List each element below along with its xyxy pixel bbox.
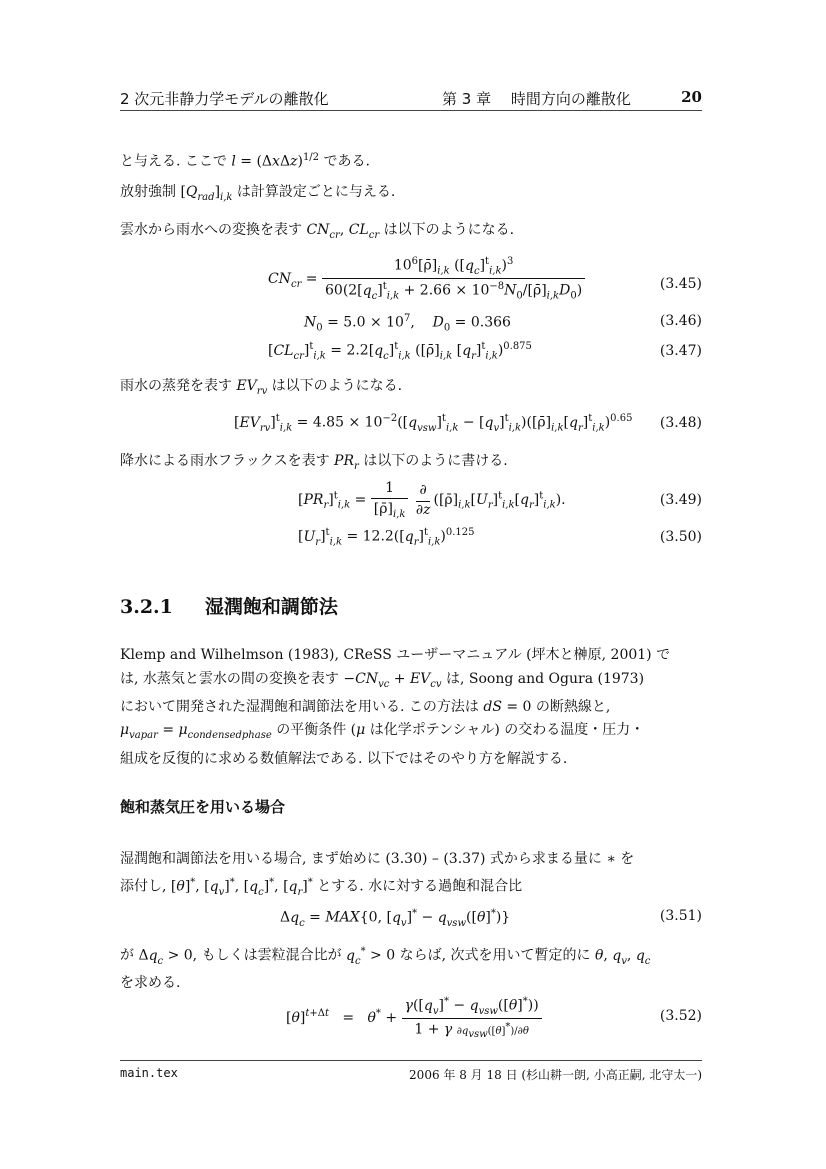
header-rule bbox=[120, 110, 702, 111]
footer-date-authors: 2006 年 8 月 18 日 (杉山耕一朗, 小高正嗣, 北守太一) bbox=[409, 1066, 702, 1083]
paragraph-7: 湿潤飽和調節法を用いる場合, まず始めに (3.30) – (3.37) 式から… bbox=[120, 848, 702, 903]
footer-filename: main.tex bbox=[120, 1066, 178, 1080]
subsection-heading: 飽和蒸気圧を用いる場合 bbox=[120, 796, 285, 817]
text-line: において開発された湿潤飽和調節法を用いる. この方法は dS = 0 の断熱線と… bbox=[120, 696, 702, 720]
page-number: 20 bbox=[681, 88, 702, 106]
header-chapter: 第 3 章 時間方向の離散化 bbox=[442, 88, 631, 109]
text-line: 添付し, [θ]*, [qv]*, [qc]*, [qr]* とする. 水に対す… bbox=[120, 871, 702, 903]
paragraph-4: 雨水の蒸発を表す EVrv は以下のようになる. bbox=[120, 375, 702, 403]
equation-number: (3.45) bbox=[660, 276, 702, 292]
text-line: 湿潤飽和調節法を用いる場合, まず始めに (3.30) – (3.37) 式から… bbox=[120, 848, 702, 871]
equation-number: (3.49) bbox=[660, 492, 702, 508]
text-line: は, 水蒸気と雲水の間の変換を表す −CNvc + EVcv は, Soong … bbox=[120, 668, 702, 696]
equation-3-52: [θ]t+Δt = θ* + γ([qv]* − qvsw([θ]*))1 + … bbox=[286, 996, 542, 1040]
equation-number: (3.50) bbox=[660, 529, 702, 545]
equation-number: (3.52) bbox=[660, 1008, 702, 1024]
running-header: 2 次元非静力学モデルの離散化 第 3 章 時間方向の離散化 20 bbox=[120, 88, 702, 110]
equation-3-47: [CLcr]ti,k = 2.2[qc]ti,k ([ρ̄]i,k [qr]ti… bbox=[268, 341, 532, 361]
section-number: 3.2.1 bbox=[120, 596, 173, 618]
equation-number: (3.51) bbox=[660, 908, 702, 924]
text-line: μvapar = μcondensedphase の平衡条件 (μ は化学ポテン… bbox=[120, 719, 702, 747]
equation-3-45: CNcr = 106[ρ̄]i,k ([qc]ti,k)360(2[qc]ti,… bbox=[268, 256, 585, 302]
section-heading: 3.2.1湿潤飽和調節法 bbox=[120, 592, 338, 619]
footer-rule bbox=[120, 1060, 702, 1061]
text-line: が Δqc > 0, もしくは雲粒混合比が qc* > 0 ならば, 次式を用い… bbox=[120, 940, 702, 972]
equation-3-49: [PRr]ti,k = 1[ρ̄]i,k ∂∂z([ρ̄]i,k[Ur]ti,k… bbox=[298, 480, 566, 520]
equation-3-51: Δqc = MAX{0, [qv]* − qvsw([θ]*)} bbox=[280, 908, 510, 928]
equation-number: (3.48) bbox=[660, 415, 702, 431]
equation-number: (3.46) bbox=[660, 313, 702, 329]
text-line: を求める. bbox=[120, 972, 702, 995]
equation-3-46: N0 = 5.0 × 107, D0 = 0.366 bbox=[304, 313, 511, 333]
header-title: 2 次元非静力学モデルの離散化 bbox=[120, 88, 329, 109]
equation-3-50: [Ur]ti,k = 12.2([qr]ti,k)0.125 bbox=[298, 527, 475, 547]
text-line: 組成を反復的に求める数値解法である. 以下ではそのやり方を解説する. bbox=[120, 748, 702, 772]
paragraph-8: が Δqc > 0, もしくは雲粒混合比が qc* > 0 ならば, 次式を用い… bbox=[120, 940, 702, 995]
text-line: Klemp and Wilhelmson (1983), CReSS ユーザーマ… bbox=[120, 644, 702, 668]
paragraph-3: 雲水から雨水への変換を表す CNcr, CLcr は以下のようになる. bbox=[120, 219, 702, 247]
paragraph-6: Klemp and Wilhelmson (1983), CReSS ユーザーマ… bbox=[120, 644, 702, 771]
paragraph-1: と与える. ここで l = (ΔxΔz)1/2 である. bbox=[120, 146, 702, 174]
paragraph-2: 放射強制 [Qrad]i,k は計算設定ごとに与える. bbox=[120, 181, 702, 209]
equation-number: (3.47) bbox=[660, 343, 702, 359]
equation-3-48: [EVrv]ti,k = 4.85 × 10−2([qvsw]ti,k − [q… bbox=[234, 413, 632, 433]
paragraph-5: 降水による雨水フラックスを表す PRr は以下のように書ける. bbox=[120, 450, 702, 478]
section-title: 湿潤飽和調節法 bbox=[205, 596, 338, 618]
